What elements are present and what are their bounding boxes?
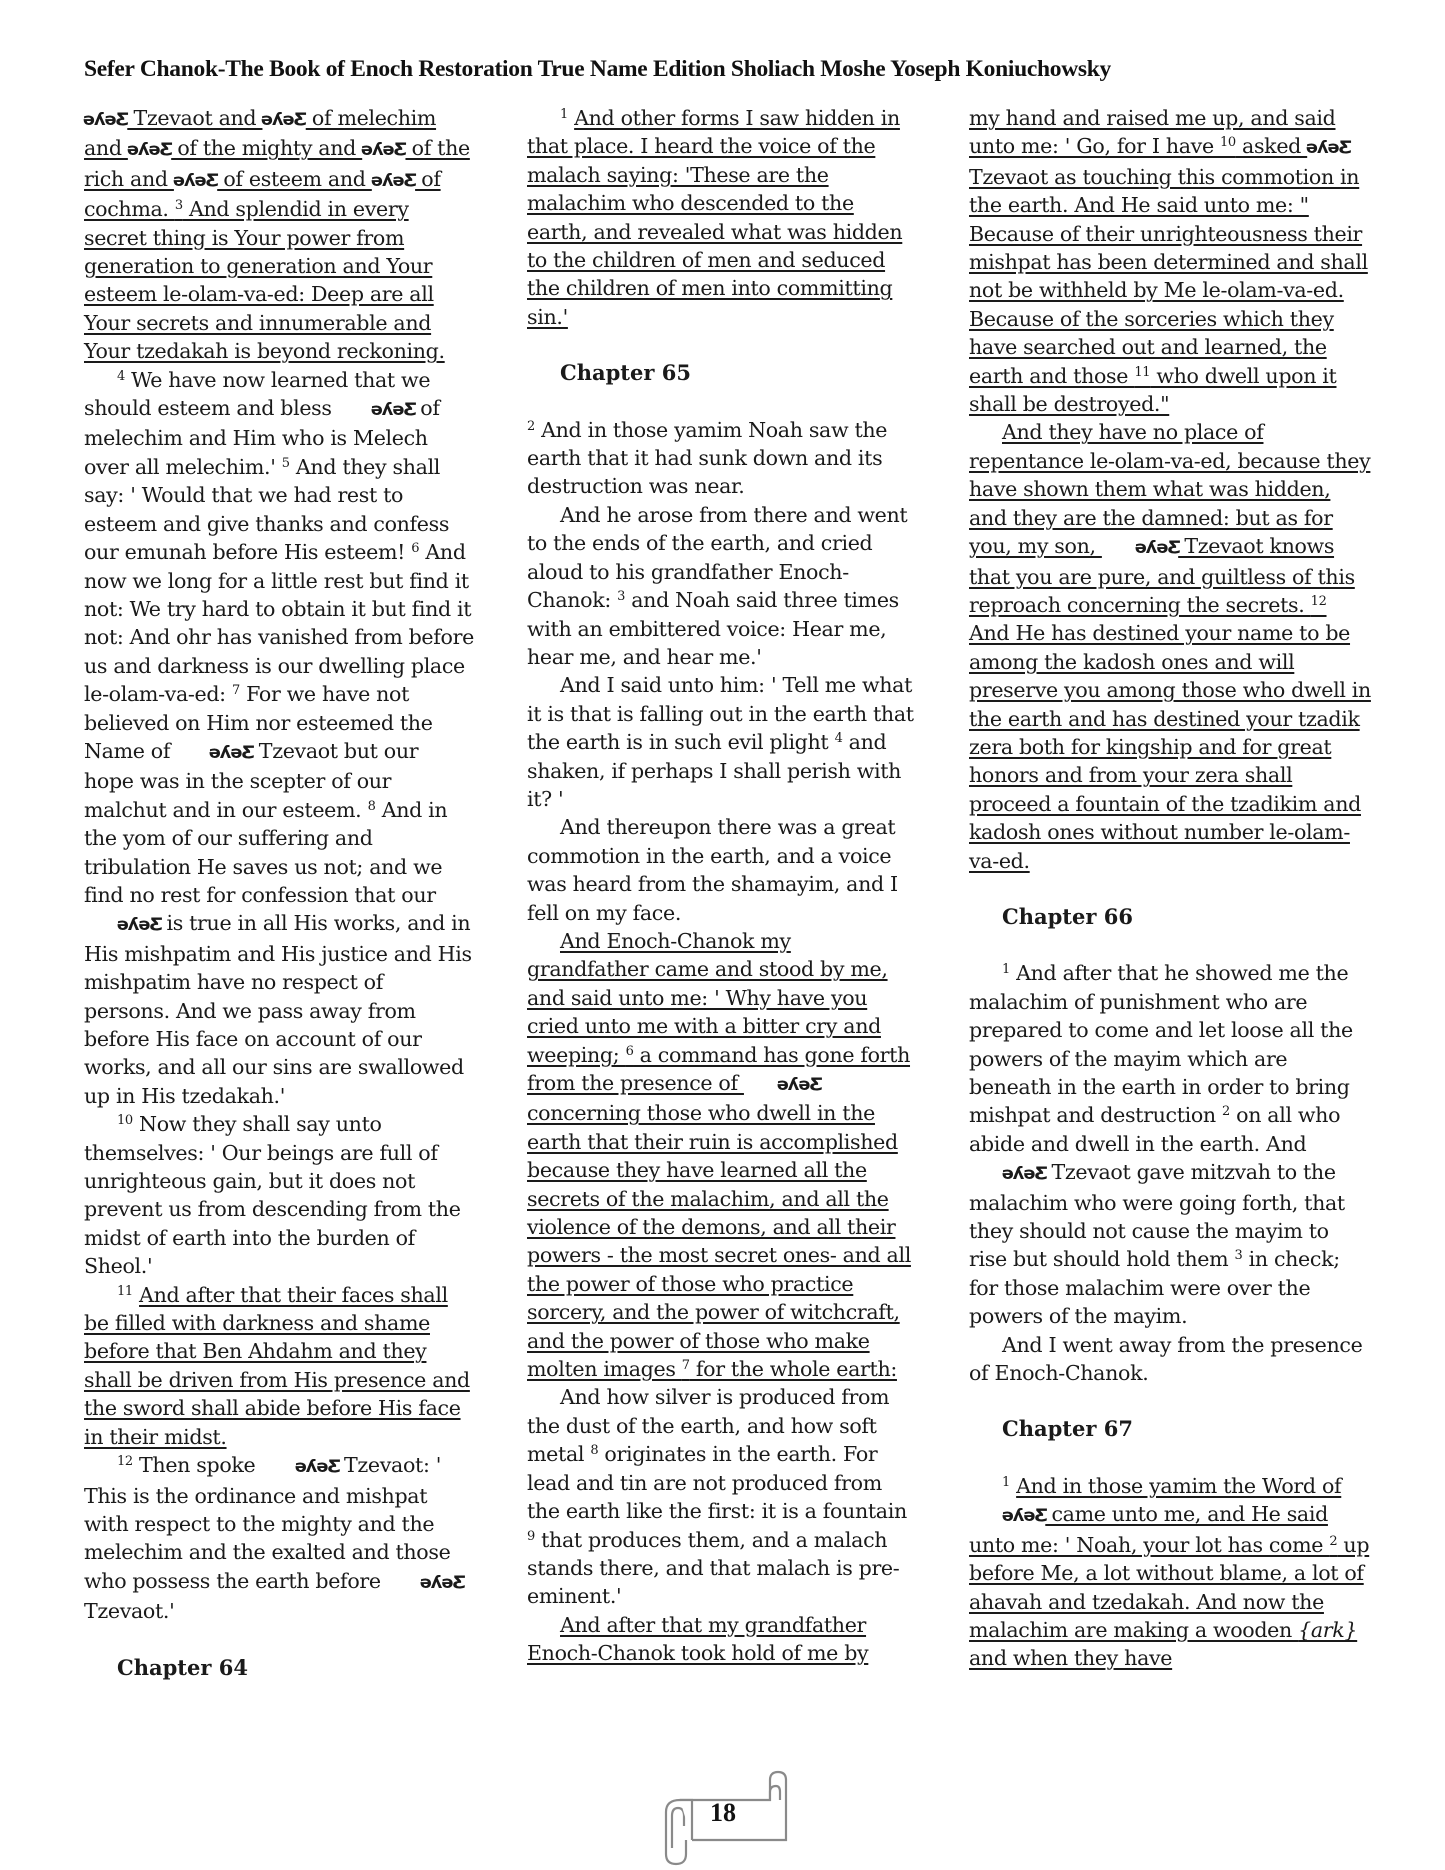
verse-paragraph: And thereupon there was a great commotio… xyxy=(527,813,917,927)
divine-name-glyph: ǝʎǝƸ xyxy=(742,1071,822,1099)
verse-paragraph: 11 And after that their faces shall be f… xyxy=(84,1281,474,1451)
verse-paragraph: 1 And after that he showed me the malach… xyxy=(969,959,1371,1330)
divine-name-glyph: ǝʎǝƸ xyxy=(82,911,162,939)
verse-paragraph: 1 And in those yamim the Word of ǝʎǝƸ ca… xyxy=(969,1472,1371,1673)
verse-paragraph: And after that my grandfather Enoch-Chan… xyxy=(527,1611,917,1668)
verse-paragraph: 12 Then spoke ǝʎǝƸ Tzevaot: ' This is th… xyxy=(84,1451,474,1625)
text-column-3: my hand and raised me up, and said unto … xyxy=(969,104,1371,1673)
chapter-heading: Chapter 64 xyxy=(117,1654,474,1682)
divine-name-glyph: ǝʎǝƸ xyxy=(371,167,416,195)
verse-paragraph: 1 And other forms I saw hidden in that p… xyxy=(527,104,917,331)
text-column-2: 1 And other forms I saw hidden in that p… xyxy=(527,104,917,1668)
divine-name-glyph: ǝʎǝƸ xyxy=(967,1160,1047,1188)
verse-paragraph: And he arose from there and went to the … xyxy=(527,501,917,671)
page-number-scroll: 18 xyxy=(658,1770,788,1866)
verse-paragraph: And they have no place of repentance le-… xyxy=(969,418,1371,875)
divine-name-glyph: ǝʎǝƸ xyxy=(174,739,254,767)
verse-paragraph: And I went away from the presence of Eno… xyxy=(969,1331,1371,1388)
verse-paragraph: ǝʎǝƸ Tzevaot and ǝʎǝƸ of melechim and ǝʎ… xyxy=(84,104,474,366)
verse-paragraph: And how silver is produced from the dust… xyxy=(527,1383,917,1610)
page-number: 18 xyxy=(658,1798,788,1828)
divine-name-glyph: ǝʎǝƸ xyxy=(83,106,128,134)
verse-paragraph: my hand and raised me up, and said unto … xyxy=(969,104,1371,418)
chapter-heading: Chapter 67 xyxy=(1002,1415,1371,1443)
divine-name-glyph: ǝʎǝƸ xyxy=(261,106,306,134)
divine-name-glyph: ǝʎǝƸ xyxy=(361,136,406,164)
divine-name-glyph: ǝʎǝƸ xyxy=(385,1569,465,1597)
divine-name-glyph: ǝʎǝƸ xyxy=(173,167,218,195)
divine-name-glyph: ǝʎǝƸ xyxy=(1100,534,1180,562)
divine-name-glyph: ǝʎǝƸ xyxy=(1306,134,1351,162)
verse-paragraph: 2 And in those yamim Noah saw the earth … xyxy=(527,416,917,501)
divine-name-glyph: ǝʎǝƸ xyxy=(127,136,172,164)
running-header: Sefer Chanok-The Book of Enoch Restorati… xyxy=(84,56,1384,83)
verse-paragraph: And I said unto him: ' Tell me what it i… xyxy=(527,671,917,813)
divine-name-glyph: ǝʎǝƸ xyxy=(336,396,416,424)
chapter-heading: Chapter 65 xyxy=(560,359,917,387)
text-column-1: ǝʎǝƸ Tzevaot and ǝʎǝƸ of melechim and ǝʎ… xyxy=(84,104,474,1710)
chapter-heading: Chapter 66 xyxy=(1002,903,1371,931)
verse-paragraph: 10 Now they shall say unto themselves: '… xyxy=(84,1110,474,1280)
divine-name-glyph: ǝʎǝƸ xyxy=(967,1502,1047,1530)
verse-paragraph: 4 We have now learned that we should est… xyxy=(84,366,474,1111)
verse-paragraph: And Enoch-Chanok my grandfather came and… xyxy=(527,927,917,1384)
divine-name-glyph: ǝʎǝƸ xyxy=(260,1453,340,1481)
